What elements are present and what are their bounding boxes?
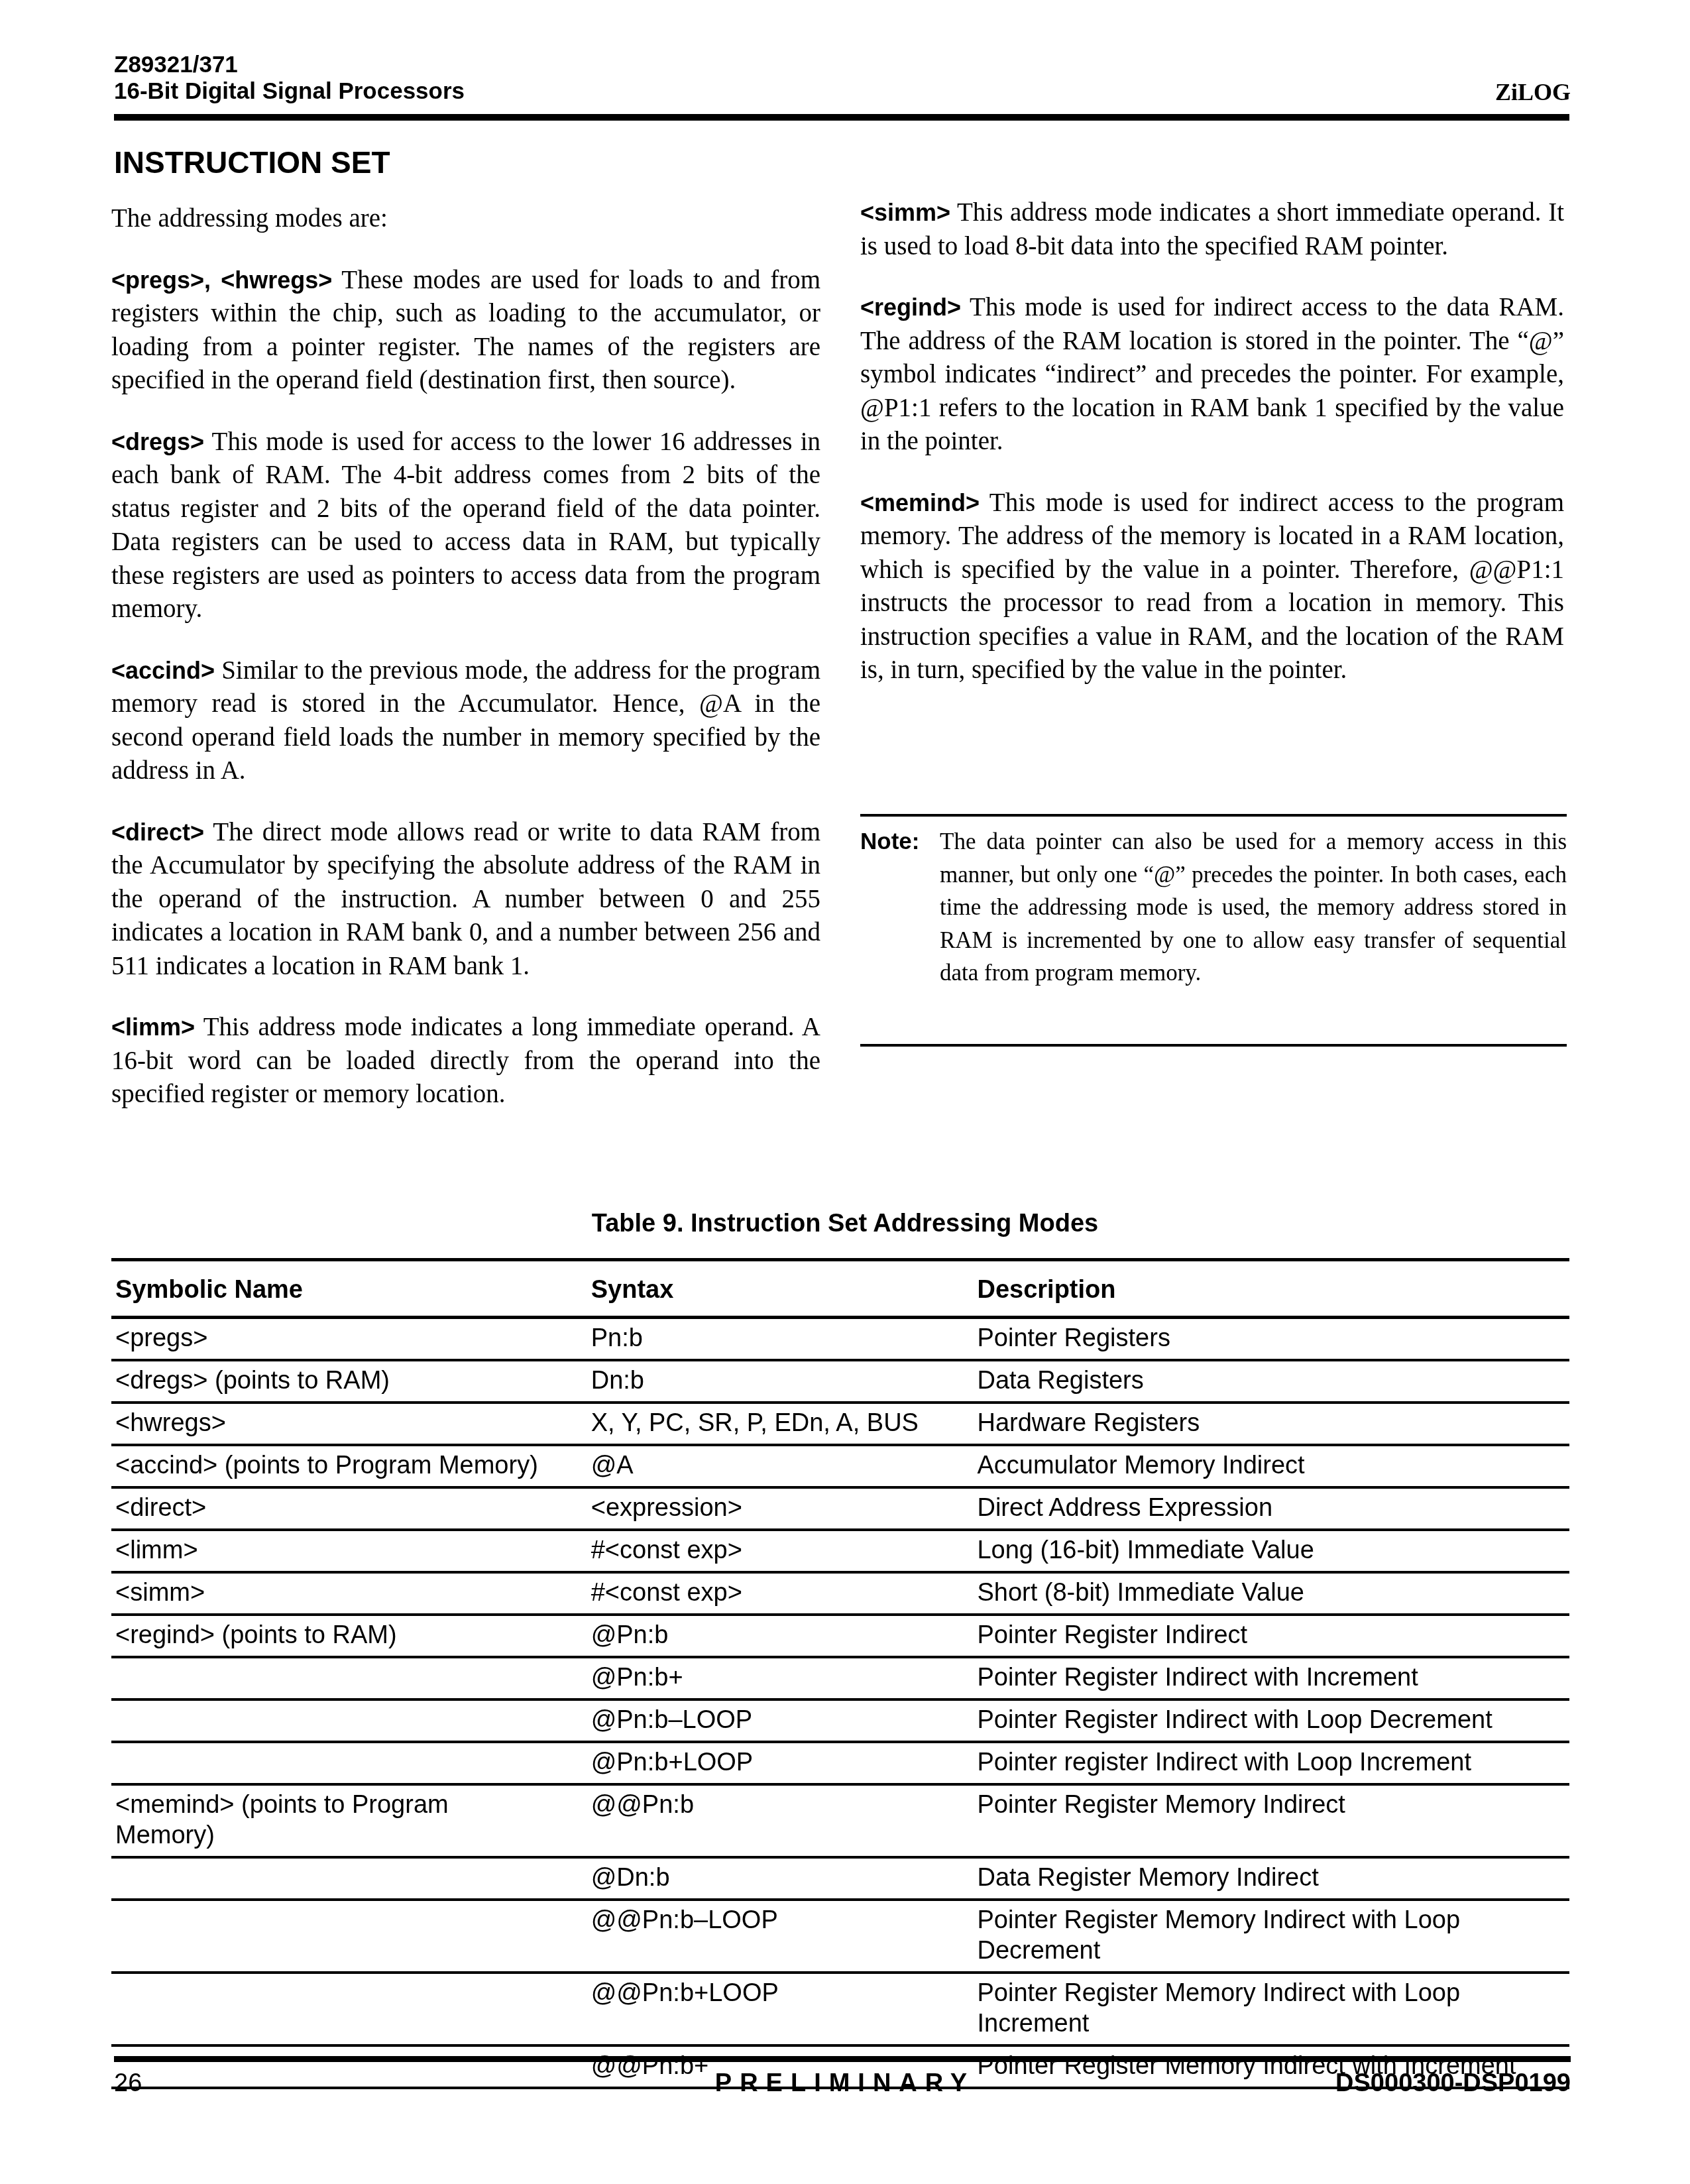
- cell-symbolic-name: <limm>: [111, 1530, 587, 1572]
- cell-syntax: @Dn:b: [587, 1857, 974, 1900]
- column-header-syntax: Syntax: [587, 1260, 974, 1318]
- mode-paragraph-memind: <memind> This mode is used for indirect …: [860, 487, 1564, 687]
- cell-syntax: #<const exp>: [587, 1530, 974, 1572]
- cell-symbolic-name: <hwregs>: [111, 1403, 587, 1445]
- intro-paragraph: The addressing modes are:: [111, 202, 820, 236]
- mode-paragraph-regind: <regind> This mode is used for indirect …: [860, 291, 1564, 459]
- cell-symbolic-name: <pregs>: [111, 1318, 587, 1361]
- mode-term: <simm>: [860, 199, 950, 226]
- cell-description: Pointer Register Memory Indirect with Lo…: [973, 1973, 1569, 2045]
- cell-description: Data Register Memory Indirect: [973, 1857, 1569, 1900]
- note-bottom-rule: [860, 1044, 1567, 1047]
- cell-syntax: @Pn:b+: [587, 1657, 974, 1699]
- mode-paragraph-limm: <limm> This address mode indicates a lon…: [111, 1011, 820, 1112]
- cell-symbolic-name: <regind> (points to RAM): [111, 1615, 587, 1657]
- cell-syntax: @A: [587, 1445, 974, 1487]
- table-header-row: Symbolic Name Syntax Description: [111, 1260, 1569, 1318]
- cell-description: Long (16-bit) Immediate Value: [973, 1530, 1569, 1572]
- column-header-symbolic-name: Symbolic Name: [111, 1260, 587, 1318]
- cell-description: Direct Address Expression: [973, 1487, 1569, 1530]
- column-header-description: Description: [973, 1260, 1569, 1318]
- table-row: <limm>#<const exp>Long (16-bit) Immediat…: [111, 1530, 1569, 1572]
- cell-symbolic-name: <accind> (points to Program Memory): [111, 1445, 587, 1487]
- table-row: <regind> (points to RAM)@Pn:bPointer Reg…: [111, 1615, 1569, 1657]
- mode-term: <direct>: [111, 819, 204, 846]
- mode-term: <dregs>: [111, 428, 204, 455]
- mode-paragraph-accind: <accind> Similar to the previous mode, t…: [111, 654, 820, 788]
- table-row: @@Pn:b–LOOPPointer Register Memory Indir…: [111, 1900, 1569, 1973]
- mode-paragraph-pregs-hwregs: <pregs>, <hwregs> These modes are used f…: [111, 264, 820, 398]
- cell-symbolic-name: [111, 1657, 587, 1699]
- cell-description: Pointer Register Indirect with Increment: [973, 1657, 1569, 1699]
- mode-term: <regind>: [860, 294, 961, 321]
- document-subtitle: 16-Bit Digital Signal Processors: [114, 78, 465, 105]
- mode-description: Similar to the previous mode, the addres…: [111, 656, 820, 785]
- cell-description: Pointer Registers: [973, 1318, 1569, 1361]
- mode-description: This address mode indicates a short imme…: [860, 198, 1564, 260]
- cell-description: Pointer Register Indirect: [973, 1615, 1569, 1657]
- cell-description: Accumulator Memory Indirect: [973, 1445, 1569, 1487]
- note-text: The data pointer can also be used for a …: [940, 825, 1567, 990]
- cell-syntax: @Pn:b: [587, 1615, 974, 1657]
- table-row: <accind> (points to Program Memory)@AAcc…: [111, 1445, 1569, 1487]
- note-box: Note: The data pointer can also be used …: [860, 825, 1567, 990]
- cell-syntax: @@Pn:b+LOOP: [587, 1973, 974, 2045]
- cell-syntax: @@Pn:b: [587, 1784, 974, 1857]
- cell-syntax: Pn:b: [587, 1318, 974, 1361]
- addressing-modes-table: Symbolic Name Syntax Description <pregs>…: [111, 1258, 1569, 2089]
- cell-symbolic-name: [111, 1973, 587, 2045]
- left-column: The addressing modes are: <pregs>, <hwre…: [111, 202, 820, 1139]
- cell-description: Pointer register Indirect with Loop Incr…: [973, 1742, 1569, 1784]
- mode-description: This address mode indicates a long immed…: [111, 1013, 820, 1108]
- cell-symbolic-name: [111, 1857, 587, 1900]
- mode-description: This mode is used for access to the lowe…: [111, 428, 820, 624]
- mode-term: <pregs>, <hwregs>: [111, 266, 332, 294]
- cell-symbolic-name: [111, 1699, 587, 1742]
- mode-description: This mode is used for indirect access to…: [860, 489, 1564, 685]
- footer-rule: [114, 2056, 1571, 2062]
- section-title: INSTRUCTION SET: [114, 144, 390, 180]
- cell-description: Hardware Registers: [973, 1403, 1569, 1445]
- cell-syntax: X, Y, PC, SR, P, EDn, A, BUS: [587, 1403, 974, 1445]
- table-caption: Table 9. Instruction Set Addressing Mode…: [0, 1210, 1690, 1238]
- mode-paragraph-direct: <direct> The direct mode allows read or …: [111, 816, 820, 984]
- mode-term: <accind>: [111, 657, 215, 684]
- table-row: <simm>#<const exp>Short (8-bit) Immediat…: [111, 1572, 1569, 1615]
- cell-syntax: <expression>: [587, 1487, 974, 1530]
- cell-symbolic-name: <simm>: [111, 1572, 587, 1615]
- table-row: @Pn:b–LOOPPointer Register Indirect with…: [111, 1699, 1569, 1742]
- note-top-rule: [860, 814, 1567, 817]
- brand-logo: ZiLOG: [1495, 78, 1571, 106]
- cell-symbolic-name: [111, 1742, 587, 1784]
- mode-term: <memind>: [860, 489, 980, 516]
- cell-description: Short (8-bit) Immediate Value: [973, 1572, 1569, 1615]
- cell-syntax: @@Pn:b–LOOP: [587, 1900, 974, 1973]
- table-row: <pregs>Pn:bPointer Registers: [111, 1318, 1569, 1361]
- mode-term: <limm>: [111, 1013, 195, 1041]
- table-row: <direct><expression>Direct Address Expre…: [111, 1487, 1569, 1530]
- cell-description: Pointer Register Memory Indirect with Lo…: [973, 1900, 1569, 1973]
- mode-paragraph-dregs: <dregs> This mode is used for access to …: [111, 426, 820, 626]
- table-row: <memind> (points to Program Memory)@@Pn:…: [111, 1784, 1569, 1857]
- table-row: @Pn:b+LOOPPointer register Indirect with…: [111, 1742, 1569, 1784]
- header-rule: [114, 114, 1569, 121]
- table-row: <hwregs>X, Y, PC, SR, P, EDn, A, BUSHard…: [111, 1403, 1569, 1445]
- document-id: DS000300-DSP0199: [1335, 2069, 1571, 2098]
- cell-syntax: @Pn:b+LOOP: [587, 1742, 974, 1784]
- cell-syntax: @Pn:b–LOOP: [587, 1699, 974, 1742]
- table-row: <dregs> (points to RAM)Dn:bData Register…: [111, 1360, 1569, 1403]
- table-row: @Dn:bData Register Memory Indirect: [111, 1857, 1569, 1900]
- cell-symbolic-name: <memind> (points to Program Memory): [111, 1784, 587, 1857]
- part-number: Z89321/371: [114, 52, 238, 78]
- cell-description: Data Registers: [973, 1360, 1569, 1403]
- cell-description: Pointer Register Indirect with Loop Decr…: [973, 1699, 1569, 1742]
- table-row: @@Pn:b+LOOPPointer Register Memory Indir…: [111, 1973, 1569, 2045]
- cell-syntax: Dn:b: [587, 1360, 974, 1403]
- mode-description: This mode is used for indirect access to…: [860, 293, 1564, 455]
- table-row: @Pn:b+Pointer Register Indirect with Inc…: [111, 1657, 1569, 1699]
- cell-description: Pointer Register Memory Indirect: [973, 1784, 1569, 1857]
- mode-paragraph-simm: <simm> This address mode indicates a sho…: [860, 196, 1564, 263]
- mode-description: The direct mode allows read or write to …: [111, 818, 820, 980]
- right-column: <simm> This address mode indicates a sho…: [860, 196, 1564, 715]
- cell-symbolic-name: <direct>: [111, 1487, 587, 1530]
- cell-symbolic-name: [111, 1900, 587, 1973]
- note-label: Note:: [860, 825, 940, 990]
- cell-symbolic-name: <dregs> (points to RAM): [111, 1360, 587, 1403]
- cell-syntax: #<const exp>: [587, 1572, 974, 1615]
